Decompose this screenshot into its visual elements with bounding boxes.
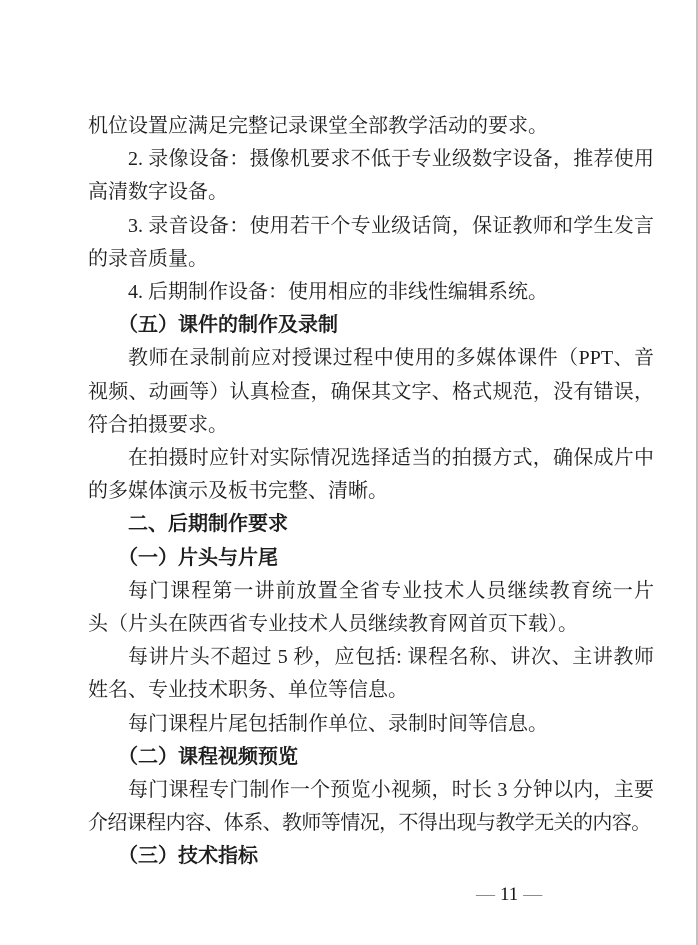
heading-line: （一）片头与片尾 [88, 542, 654, 575]
text-line: 每门课程专门制作一个预览小视频，时长 3 分钟以内，主要 [88, 774, 654, 807]
text-line: 每讲片头不超过 5 秒，应包括: 课程名称、讲次、主讲教师 [88, 641, 654, 674]
document-body: 机位设置应满足完整记录课堂全部教学活动的要求。2. 录像设备：摄像机要求不低于专… [88, 110, 654, 874]
heading-line: （二）课程视频预览 [88, 741, 654, 774]
document-page: 机位设置应满足完整记录课堂全部教学活动的要求。2. 录像设备：摄像机要求不低于专… [0, 0, 698, 945]
text-line: 的录音质量。 [88, 243, 654, 276]
text-line: 3. 录音设备：使用若干个专业级话筒，保证教师和学生发言 [88, 210, 654, 243]
heading-line: （五）课件的制作及录制 [88, 309, 654, 342]
page-number-value: 11 [500, 884, 518, 906]
text-line: 机位设置应满足完整记录课堂全部教学活动的要求。 [88, 110, 654, 143]
text-line: 教师在录制前应对授课过程中使用的多媒体课件（PPT、音 [88, 342, 654, 375]
text-line: 高清数字设备。 [88, 176, 654, 209]
text-line: 在拍摄时应针对实际情况选择适当的拍摄方式，确保成片中 [88, 442, 654, 475]
text-line: 头（片头在陕西省专业技术人员继续教育网首页下载）。 [88, 608, 654, 641]
heading-line: 二、后期制作要求 [88, 508, 654, 541]
text-line: 视频、动画等）认真检查，确保其文字、格式规范，没有错误， [88, 376, 654, 409]
text-line: 符合拍摄要求。 [88, 409, 654, 442]
text-line: 4. 后期制作设备：使用相应的非线性编辑系统。 [88, 276, 654, 309]
text-line: 每门课程片尾包括制作单位、录制时间等信息。 [88, 708, 654, 741]
text-line: 每门课程第一讲前放置全省专业技术人员继续教育统一片 [88, 575, 654, 608]
heading-line: （三）技术指标 [88, 840, 654, 873]
text-line: 介绍课程内容、体系、教师等情况，不得出现与教学无关的内容。 [88, 807, 654, 840]
page-number-dash-left: — [476, 886, 495, 904]
text-line: 姓名、专业技术职务、单位等信息。 [88, 674, 654, 707]
text-line: 2. 录像设备：摄像机要求不低于专业级数字设备，推荐使用 [88, 143, 654, 176]
page-number-dash-right: — [523, 886, 542, 904]
text-line: 的多媒体演示及板书完整、清晰。 [88, 475, 654, 508]
page-number: — 11 — [476, 884, 542, 906]
